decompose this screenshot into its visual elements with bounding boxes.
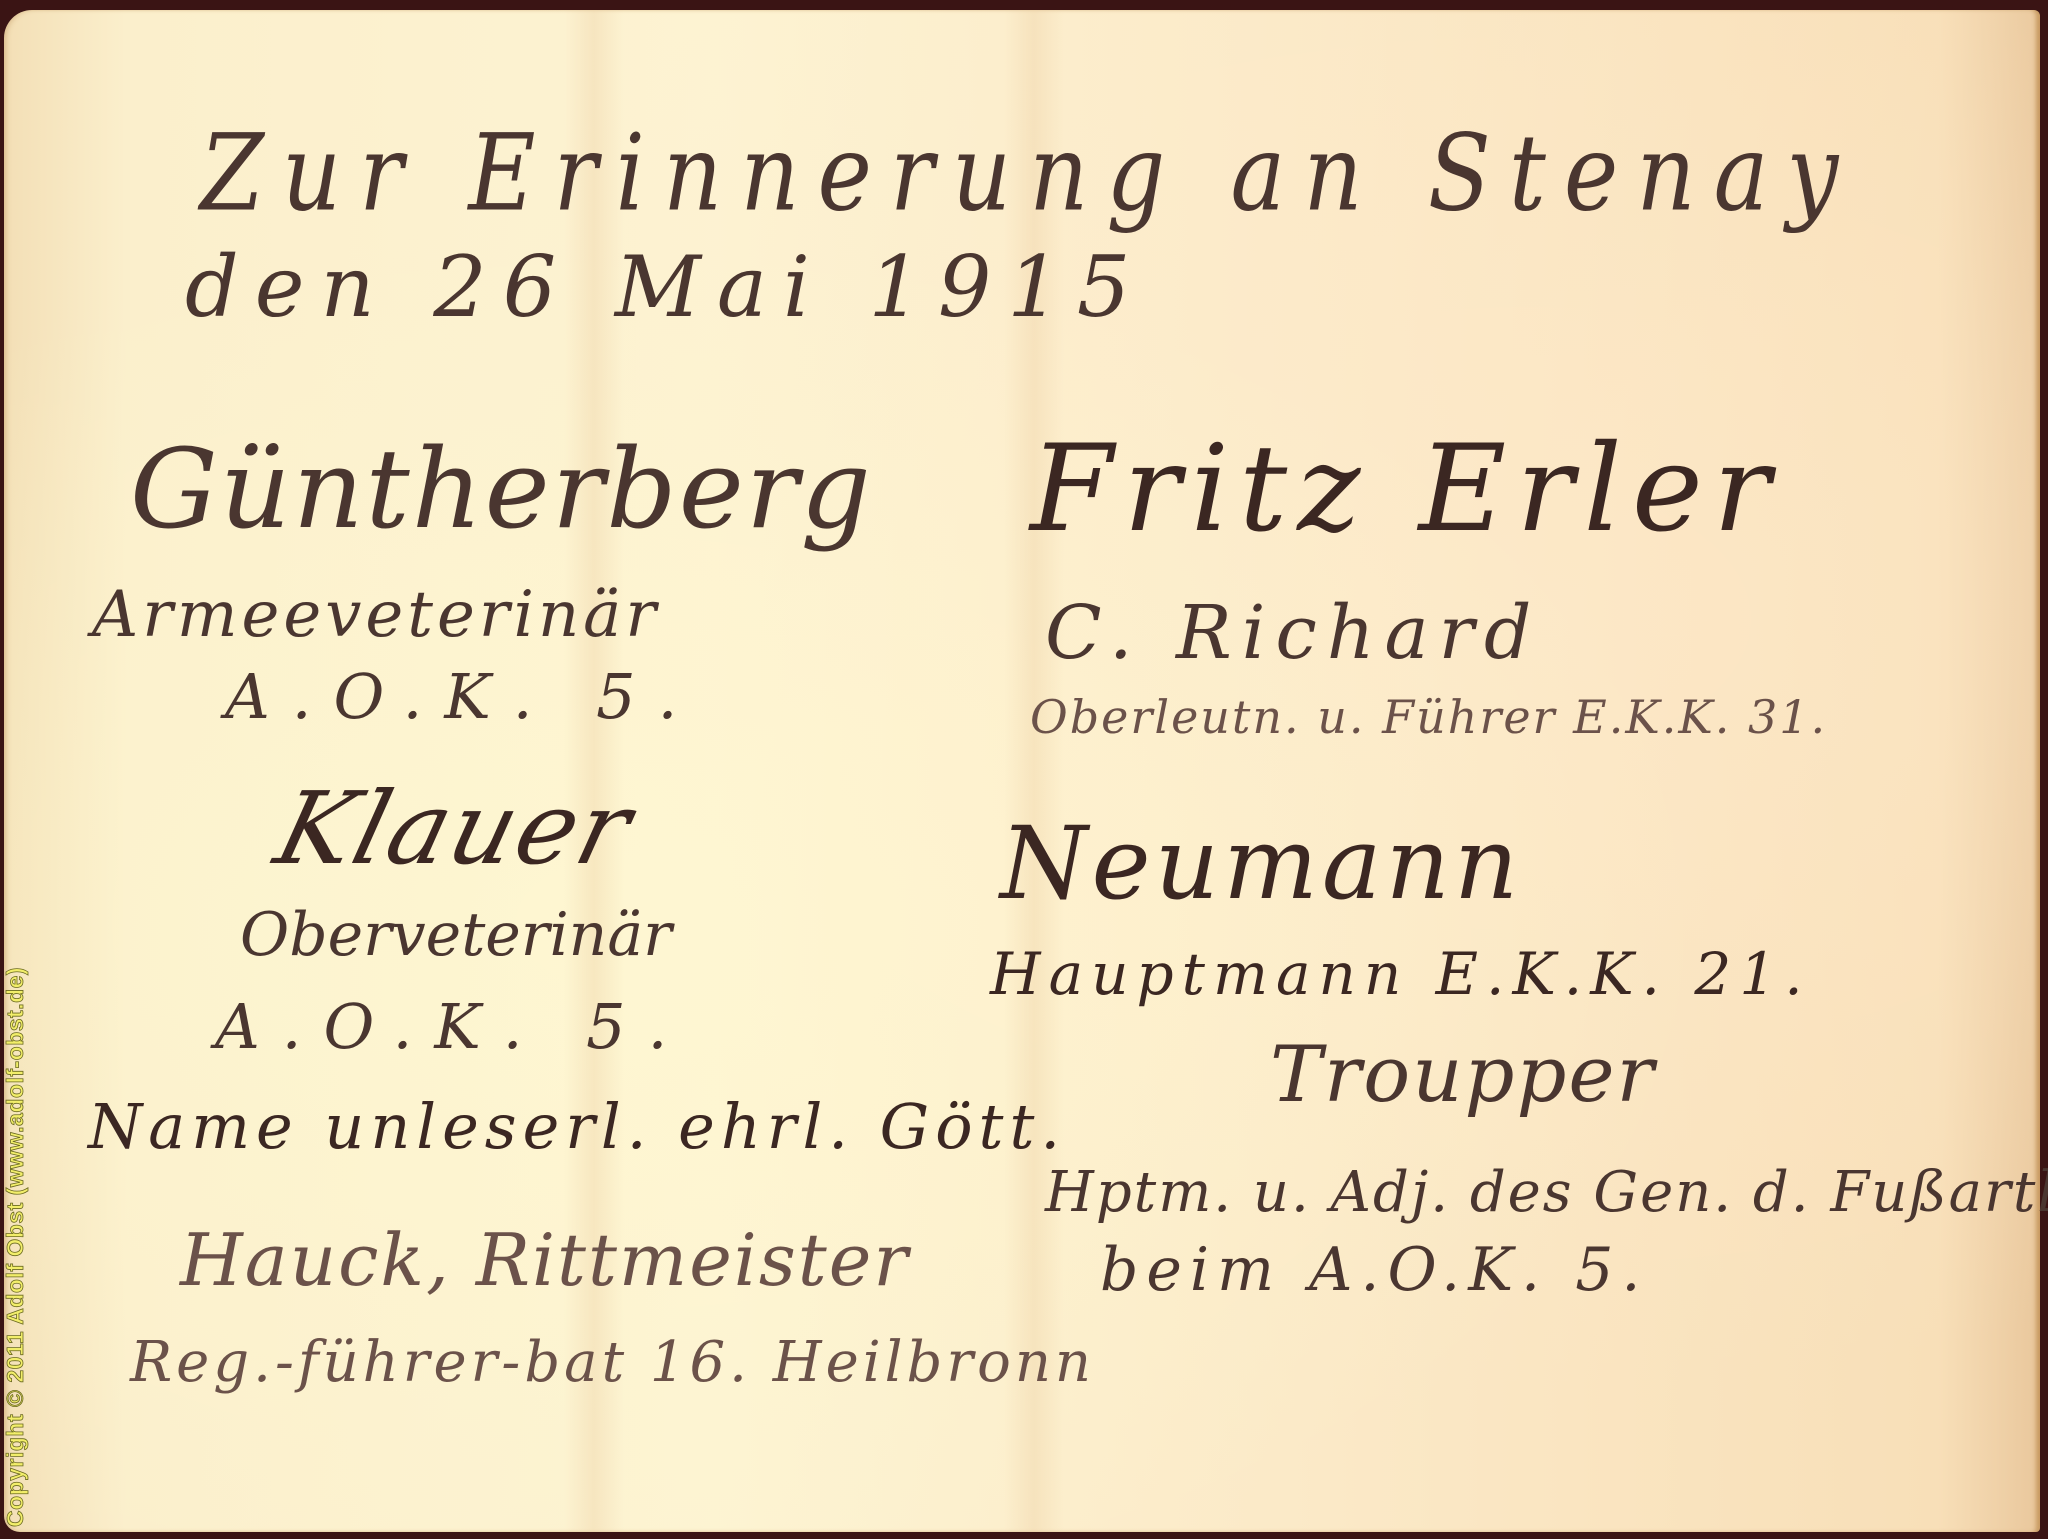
title-oberleutnant-ekk31: Oberleutn. u. Führer E.K.K. 31.	[1030, 690, 1827, 744]
signature-neumann: Neumann	[1000, 805, 1522, 922]
unit-beim-aok5: beim A.O.K. 5.	[1100, 1235, 1648, 1305]
heading-line-1: Zur Erinnerung an Stenay	[200, 112, 1856, 235]
title-oberveterinaer: Oberveterinär	[240, 900, 672, 970]
signature-troupper: Troupper	[1270, 1030, 1656, 1120]
unit-aok5-2: A.O.K. 5.	[215, 990, 689, 1063]
signature-hauck-rittmeister: Hauck, Rittmeister	[180, 1218, 910, 1302]
signature-guentherberg: Güntherberg	[130, 425, 873, 553]
title-hauptmann-ekk21: Hauptmann E.K.K. 21.	[990, 940, 1811, 1008]
illegible-signature-line: Name unleserl. ehrl. Gött.	[88, 1090, 1066, 1163]
copyright-watermark: Copyright © 2011 Adolf Obst (www.adolf-o…	[2, 967, 29, 1527]
title-regimentsfuehrer-heilbronn: Reg.-führer-bat 16. Heilbronn	[130, 1330, 1095, 1395]
heading-date: den 26 Mai 1915	[185, 238, 1146, 336]
signature-klauer: Klauer	[265, 770, 644, 887]
signature-c-richard: C. Richard	[1045, 590, 1541, 676]
title-armeeveterinaer: Armeeveterinär	[92, 578, 660, 652]
unit-aok5-1: A.O.K. 5.	[225, 660, 699, 733]
title-hauptmann-adjutant: Hptm. u. Adj. des Gen. d. Fußartl.	[1045, 1160, 2048, 1225]
signature-fritz-erler: Fritz Erler	[1030, 420, 1780, 559]
